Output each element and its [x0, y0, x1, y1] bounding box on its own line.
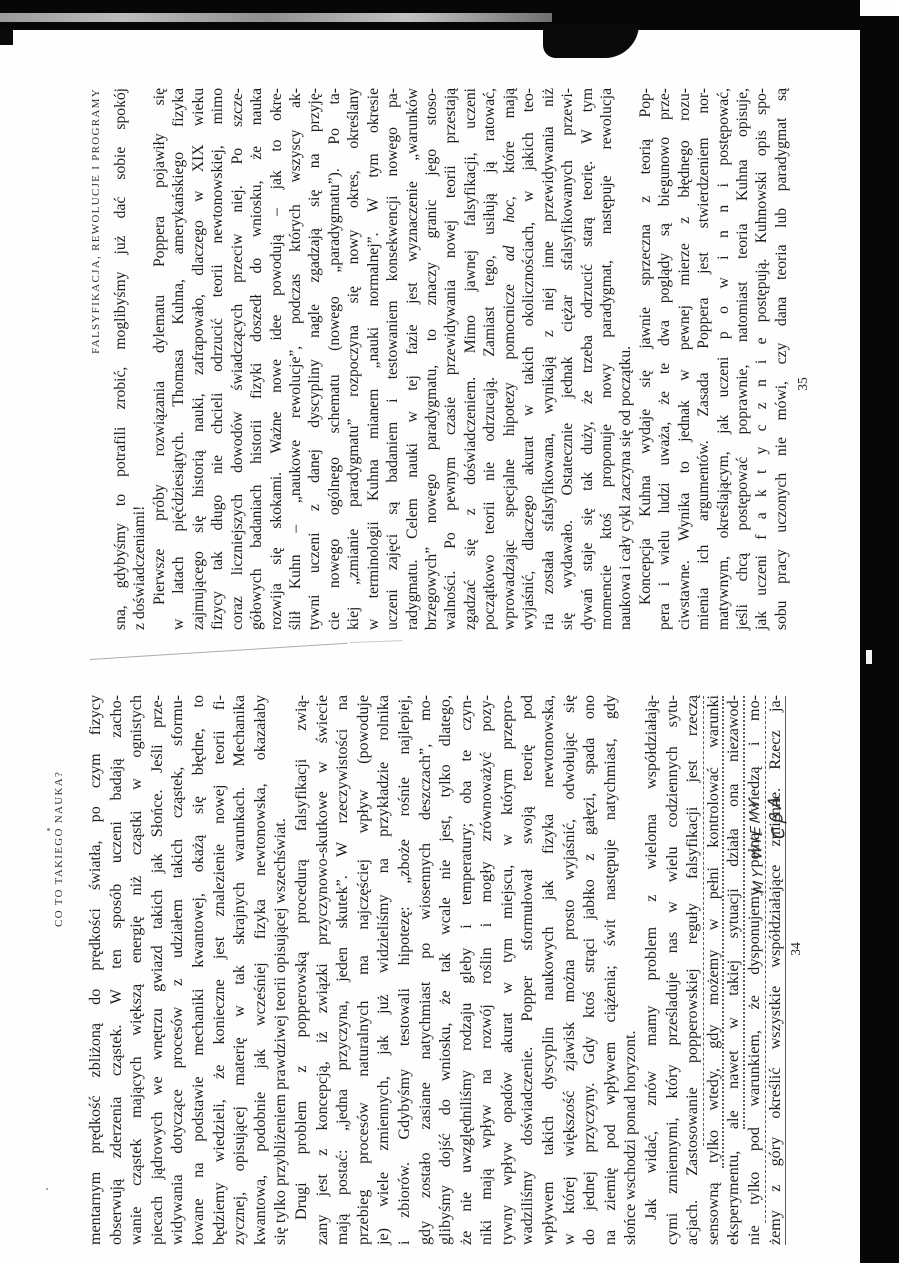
page-fold-line-segment [350, 640, 402, 643]
page-35-text-column: sna, gdybyśmy to potrafili zrobić, mogli… [111, 88, 791, 630]
text-line: niki mają wpływ na rozwój roślin i mogły… [477, 695, 498, 1245]
text-line: sna, gdybyśmy to potrafili zrobić, mogli… [111, 88, 130, 630]
text-line: Pierwsze próby rozwiązania dylematu Popp… [150, 88, 169, 630]
text-line: i zbiorów. Gdybyśmy testowali hipotezę: … [395, 695, 416, 1245]
text-line: Koncepcja Kuhna wydaje się jawnie sprzec… [636, 88, 655, 630]
text-line: kiej „zmianie paradygmatu” rozpoczyna si… [344, 88, 363, 630]
text-line: widywania dotyczące procesów z udziałem … [168, 695, 189, 1245]
text-line: słońce wschodzi ponad horyzont. [621, 695, 642, 1245]
text-line: gdy zostało zasiane natychmiast po wiose… [416, 695, 437, 1245]
scanner-edge-right [860, 16, 899, 1263]
text-line: że nie uwzględniliśmy rodzaju gleby i te… [457, 695, 478, 1245]
text-line: łowane na podstawie mechaniki kwantowej,… [189, 695, 210, 1245]
text-line: żemy z góry określić wszystkie współdzia… [766, 695, 787, 1245]
text-line: eksperymentu, ale nawet w takiej sytuacj… [724, 695, 745, 1245]
page-35-content: FALSYFIKACJA, REWOLUCJE I PROGRAMY sna, … [93, 88, 815, 630]
text-line: ciwstawne. Wynika to jednak w pewnej mie… [675, 88, 694, 630]
scanner-edge-top-left-tab [0, 30, 13, 45]
text-line: na ziemię pod wpływem ciążenia; świt nas… [601, 695, 622, 1245]
text-line: piecach jądrowych we wnętrzu gwiazd taki… [148, 695, 169, 1245]
text-line: nie tylko pod warunkiem, że dysponujemy … [745, 695, 766, 1245]
text-line: zgadzać się z doświadczeniem. Mimo jawne… [461, 88, 480, 630]
text-line: mają postać: „jedna przyczyna, jeden sku… [333, 695, 354, 1245]
text-line: zajmującego się historią nauki, zafrapow… [189, 88, 208, 630]
text-line: jeśli chcą postępować poprawnie, natomia… [733, 88, 752, 630]
text-line: wprowadzając specjalne hipotezy pomocnic… [500, 88, 519, 630]
text-line: brzegowych” nowego paradygmatu, to znacz… [422, 88, 441, 630]
text-line: fizycy tak długo nie chcieli odrzucić te… [208, 88, 227, 630]
page-34-content: CO TO TAKIEGO NAUKA? mentarnym prędkość … [55, 695, 805, 1245]
text-line: z doświadczeniami! [130, 88, 149, 630]
text-line: sensowną tylko wtedy, gdy możemy w pełni… [704, 695, 725, 1245]
running-head-page-35: FALSYFIKACJA, REWOLUCJE I PROGRAMY [90, 88, 102, 354]
text-line: gółowych badaniach historii fizyki dosze… [247, 88, 266, 630]
text-line: radygmatu. Celem nauki w tej fazie jest … [403, 88, 422, 630]
page-34-block: CO TO TAKIEGO NAUKA? mentarnym prędkość … [55, 695, 805, 1245]
page-number-35: 35 [795, 138, 811, 630]
text-line: kwantowa, podobnie jak wcześniej fizyka … [251, 695, 272, 1245]
text-line: się tylko przybliżeniem prawdziwej teori… [271, 695, 292, 1245]
text-line: ria została sfalsyfikowana, wynikają z n… [539, 88, 558, 630]
page-34-text-column: mentarnym prędkość zbliżoną do prędkości… [86, 695, 786, 1245]
text-line: do jednej przyczyny. Gdy ktoś strąci jab… [580, 695, 601, 1245]
text-line: matywnym, określającym, jak uczeni p o w… [714, 88, 733, 630]
text-line: będziemy wiedzieli, że konieczne jest zn… [210, 695, 231, 1245]
text-line: naukowa i cały cykl zaczyna się od począ… [616, 88, 635, 630]
text-line: mienia ich argumentów. Zasada Poppera je… [694, 88, 713, 630]
text-line: jak uczeni f a k t y c z n i e postępują… [752, 88, 771, 630]
text-line: pera i wielu ludzi uważa, że te dwa pogl… [655, 88, 674, 630]
text-line: przebieg procesów naturalnych ma najczęś… [354, 695, 375, 1245]
text-line: coraz liczniejszych dowodów świadczących… [228, 88, 247, 630]
text-line: glibyśmy dojść do wniosku, że tak wcale … [436, 695, 457, 1245]
text-line: mentarnym prędkość zbliżoną do prędkości… [86, 695, 107, 1245]
text-line: się wydawało. Ostatecznie jednak ciężar … [558, 88, 577, 630]
text-line: zany jest z koncepcją, iż związki przycz… [313, 695, 334, 1245]
text-line: w której większość zjawisk można prosto … [560, 695, 581, 1245]
text-line: początkowo teorii nie odrzucają. Zamiast… [480, 88, 499, 630]
text-line: w terminologii Kuhna mianem „nauki norma… [364, 88, 383, 630]
running-head-page-34: CO TO TAKIEGO NAUKA? [53, 771, 65, 927]
text-line: wyjaśnić, dlaczego akurat w takich okoli… [519, 88, 538, 630]
text-line: dywań staje się tak duży, że trzeba odrz… [578, 88, 597, 630]
page-35-block: FALSYFIKACJA, REWOLUCJE I PROGRAMY sna, … [93, 88, 815, 630]
text-line: momencie ktoś proponuje nowy paradygmat,… [597, 88, 616, 630]
dust-speck [47, 828, 50, 831]
text-line: cymi zmiennymi, który prześladuje nas w … [663, 695, 684, 1245]
text-line: ślił Kuhn – „naukowe rewolucje”, podczas… [286, 88, 305, 630]
text-line: wanie cząstek mających większą energię n… [127, 695, 148, 1245]
text-line: rozwija się skokami. Ważne nowe idee pow… [267, 88, 286, 630]
text-line: zycznej, opisującej materię w tak skrajn… [230, 695, 251, 1245]
text-line: je) wiele zmiennych, jak już widzieliśmy… [374, 695, 395, 1245]
text-line: Jak widać, znów mamy problem z wieloma w… [642, 695, 663, 1245]
pen-underline-mark [785, 696, 786, 1245]
text-line: Drugi problem z popperowską procedurą fa… [292, 695, 313, 1245]
text-line: cie nowego ogólnego schematu (nowego „pa… [325, 88, 344, 630]
text-line: wadziliśmy doświadczenie. Popper sformuł… [518, 695, 539, 1245]
scanner-edge-notch [866, 650, 872, 664]
text-line: walności. Po pewnym czasie przewidywania… [441, 88, 460, 630]
scanner-edge-shadow-wedge [543, 24, 639, 58]
text-line: sobu pracy uczonych nie mówi, czy dana t… [772, 88, 791, 630]
text-line: acjach. Zastosowanie popperowskiej reguł… [683, 695, 704, 1245]
text-line: w latach pięćdziesiątych. Thomasa Kuhna,… [169, 88, 188, 630]
text-line: tywni uczeni z danej dyscypliny nagle zg… [305, 88, 324, 630]
page-number-34: 34 [788, 653, 804, 1245]
page-fold-line [90, 643, 348, 660]
text-line: tywny wpływ opadów akurat w tym miejscu,… [498, 695, 519, 1245]
text-line: uczeni zajęci są badaniem i testowaniem … [383, 88, 402, 630]
text-line: obserwują zderzenia cząstek. W ten sposó… [107, 695, 128, 1245]
text-line: wpływem takich dyscyplin naukowych jak f… [539, 695, 560, 1245]
scanner-edge-top-stripe [0, 13, 552, 22]
scanned-book-spread: FALSYFIKACJA, REWOLUCJE I PROGRAMY sna, … [0, 0, 899, 1263]
dust-speck [46, 1188, 48, 1190]
